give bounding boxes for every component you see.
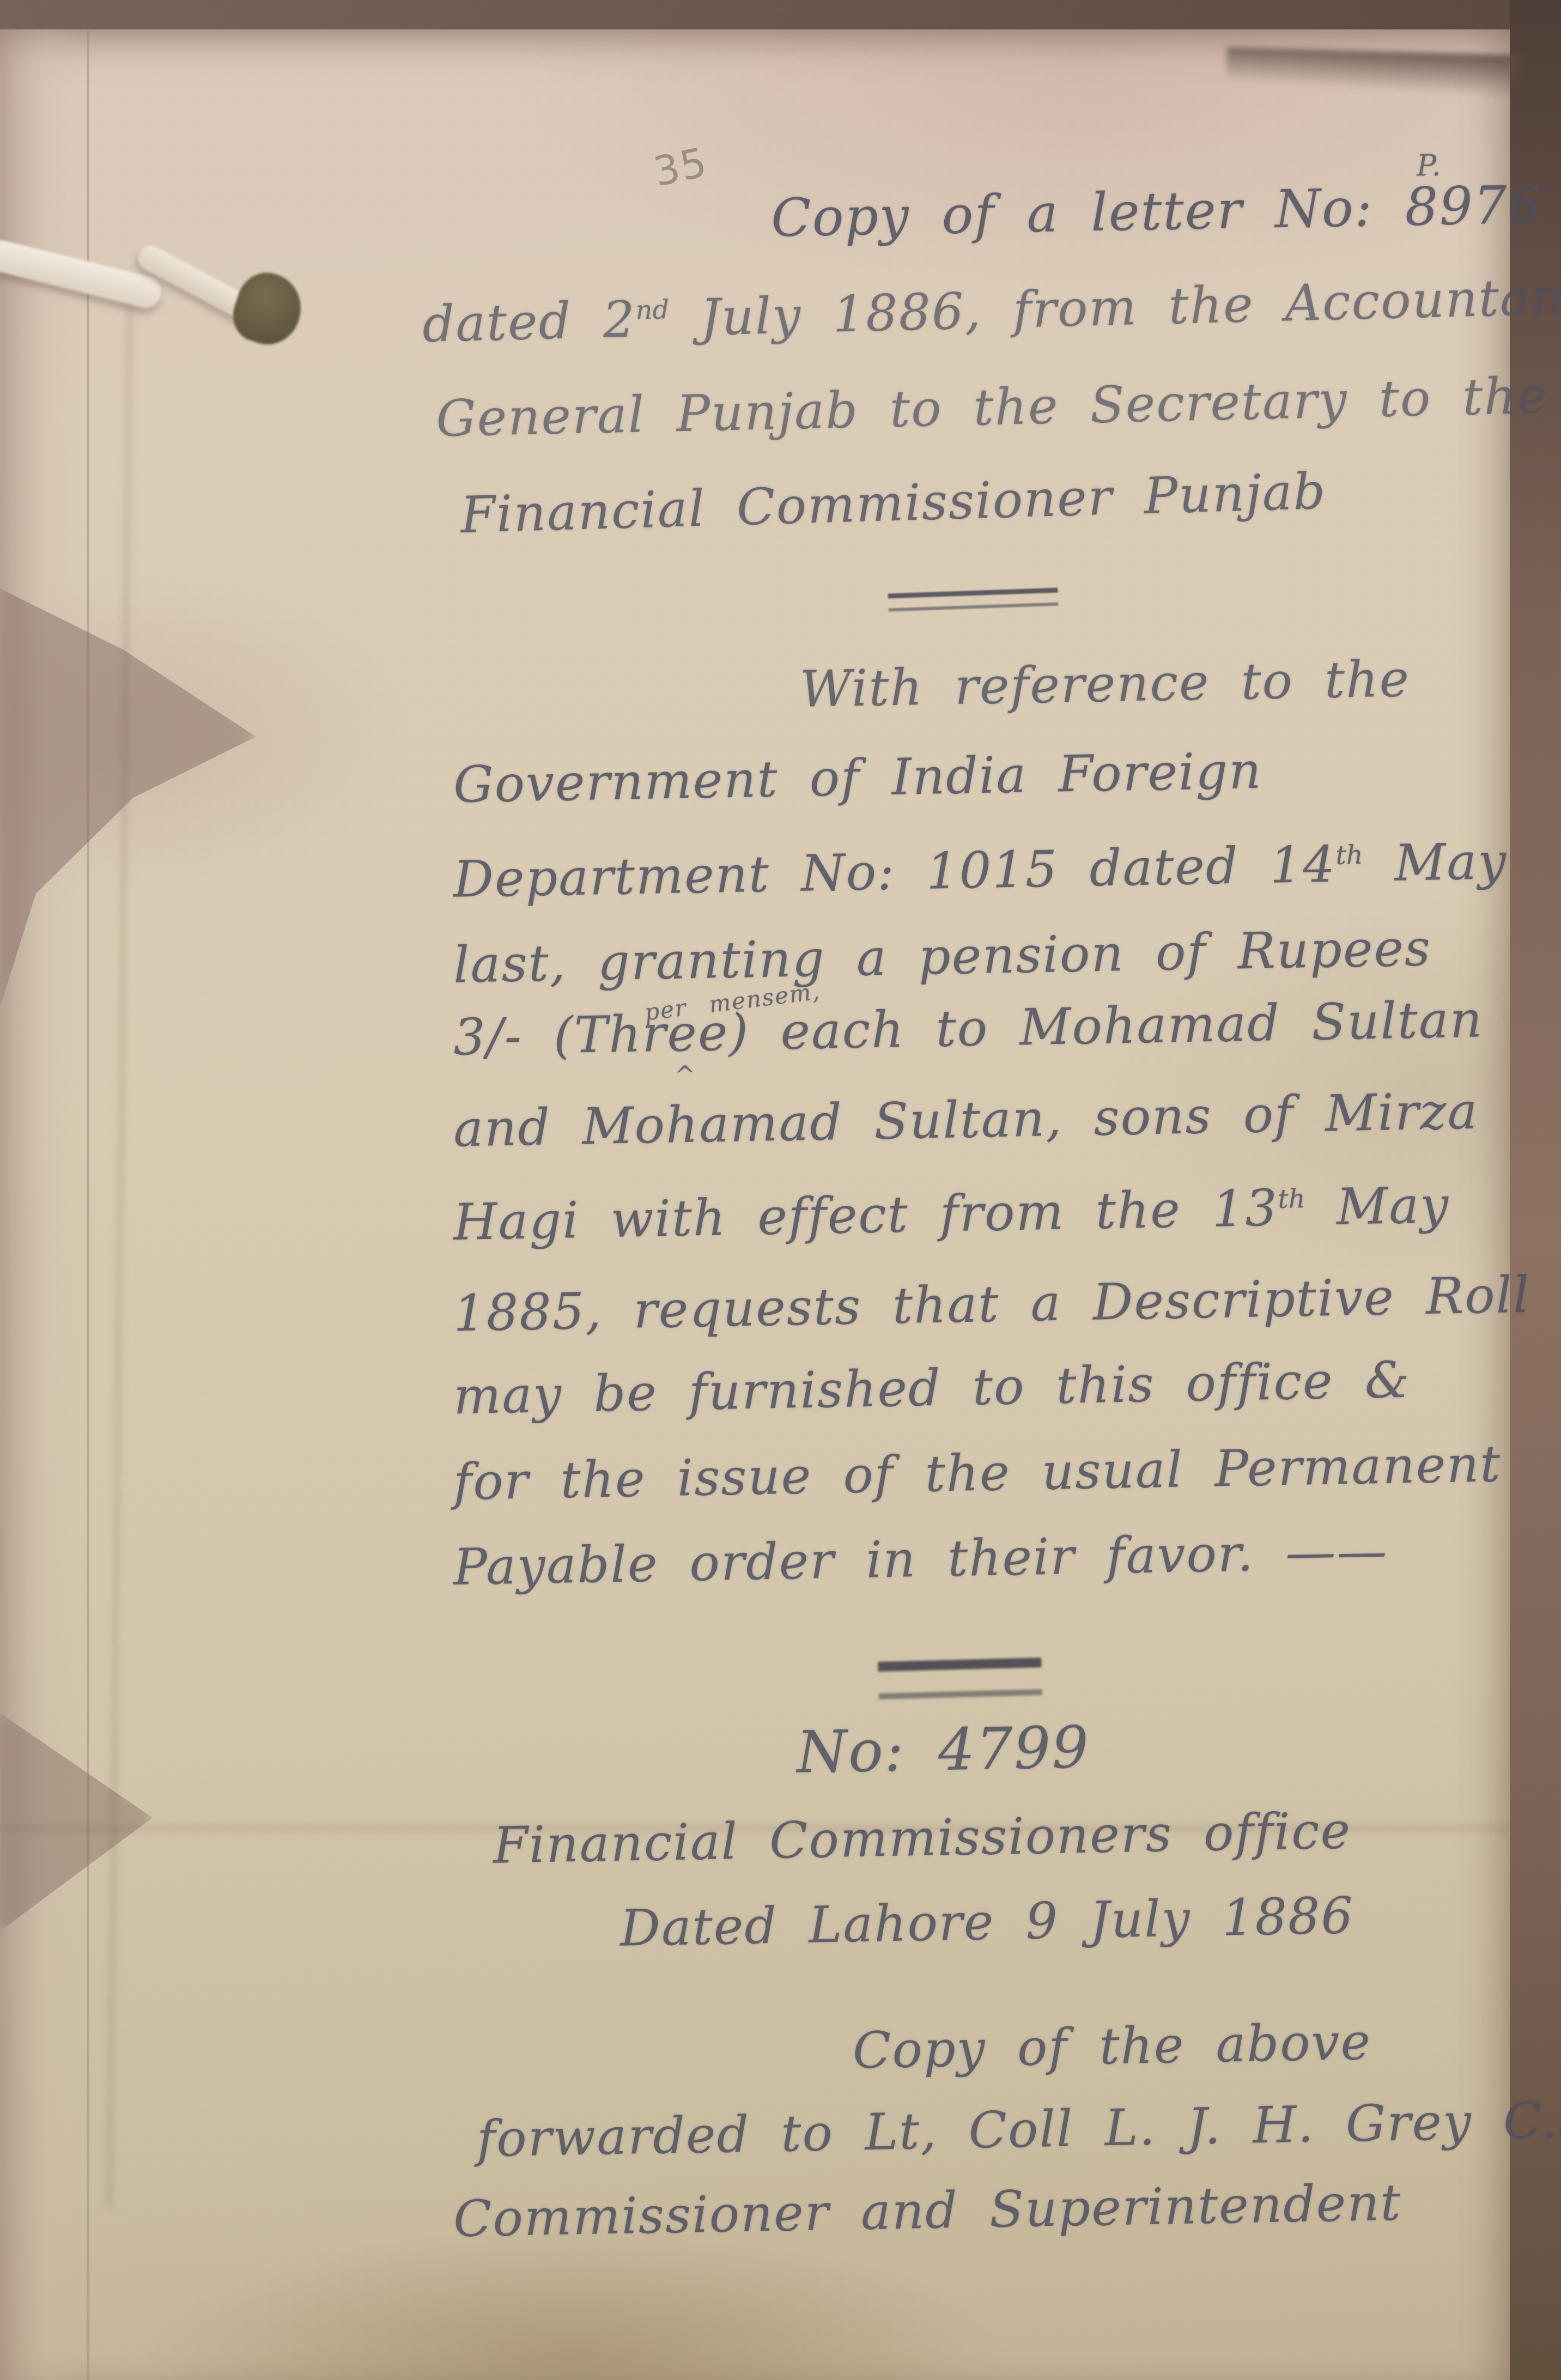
body-line-5: 3/- (Three) each to Mohamad Sultan: [453, 991, 1484, 1067]
body-line-7-post: May: [1305, 1176, 1450, 1237]
scanned-letter-photo: { "page": { "pencil_number": "35", "ink_…: [0, 0, 1561, 2380]
body-line-3-post: May: [1363, 832, 1508, 893]
header-line-1-superscript: P.: [1416, 148, 1442, 183]
insertion-caret: ^: [675, 1060, 697, 1090]
header-line-2-post: July 1886, from the Accountant: [669, 267, 1561, 348]
vertical-crease: [107, 302, 132, 2209]
body-line-8: 1885, requests that a Descriptive Roll: [453, 1266, 1530, 1343]
body-line-10: for the issue of the usual Permanent: [453, 1435, 1502, 1511]
pencil-folio-number: 35: [649, 139, 712, 196]
header-line-2: dated 2nd July 1886, from the Accountant: [422, 267, 1561, 354]
body-line-7: Hagi with effect from the 13th May: [453, 1176, 1450, 1252]
header-line-2-pre: dated 2: [422, 290, 636, 354]
body-line-7-sup: th: [1278, 1184, 1305, 1215]
paper-sheet: 35 Copy of a letter No: 8976 P. dated 2n…: [0, 29, 1510, 2380]
body-line-3: Department No: 1015 dated 14th May: [453, 832, 1508, 909]
footer-date-line: Dated Lahore 9 July 1886: [619, 1886, 1355, 1957]
header-line-2-sup: nd: [635, 295, 670, 325]
backdrop-top-strip: [0, 0, 1561, 29]
header-line-4: Financial Commissioner Punjab: [460, 462, 1327, 544]
body-line-7-pre: Hagi with effect from the 13: [453, 1179, 1279, 1252]
body-line-4: last, granting a pension of Rupees: [453, 919, 1432, 994]
footer-copy-line-2: forwarded to Lt, Coll L. J. H. Grey C.S.…: [476, 2090, 1561, 2169]
section-divider-double-rule: [888, 588, 1059, 612]
footer-office-line: Financial Commissioners office: [493, 1801, 1352, 1874]
body-line-11: Payable order in their favor. ——: [453, 1522, 1388, 1596]
body-line-1: With reference to the: [799, 649, 1411, 719]
section-divider-thick-rule: [878, 1657, 1042, 1699]
body-line-3-sup: th: [1335, 840, 1363, 871]
body-line-3-pre: Department No: 1015 dated 14: [453, 835, 1337, 909]
header-line-3: General Punjab to the Secretary to the: [435, 367, 1548, 448]
body-line-2: Government of India Foreign: [453, 742, 1262, 814]
footer-copy-line-1: Copy of the above: [852, 2013, 1372, 2080]
top-corner-shadow: [1225, 47, 1521, 104]
footer-ref-number: No: 4799: [796, 1714, 1090, 1786]
footer-copy-line-3: Commissioner and Superintendent: [453, 2173, 1402, 2248]
backdrop-right-strip: [1510, 0, 1561, 2380]
header-line-1: Copy of a letter No: 8976: [770, 174, 1543, 249]
tissue-guard-strip: [0, 29, 89, 2380]
binding-string-knot: [226, 265, 310, 353]
body-line-9: may be furnished to this office &: [453, 1351, 1411, 1426]
body-line-6: and Mohamad Sultan, sons of Mirza: [453, 1082, 1479, 1158]
